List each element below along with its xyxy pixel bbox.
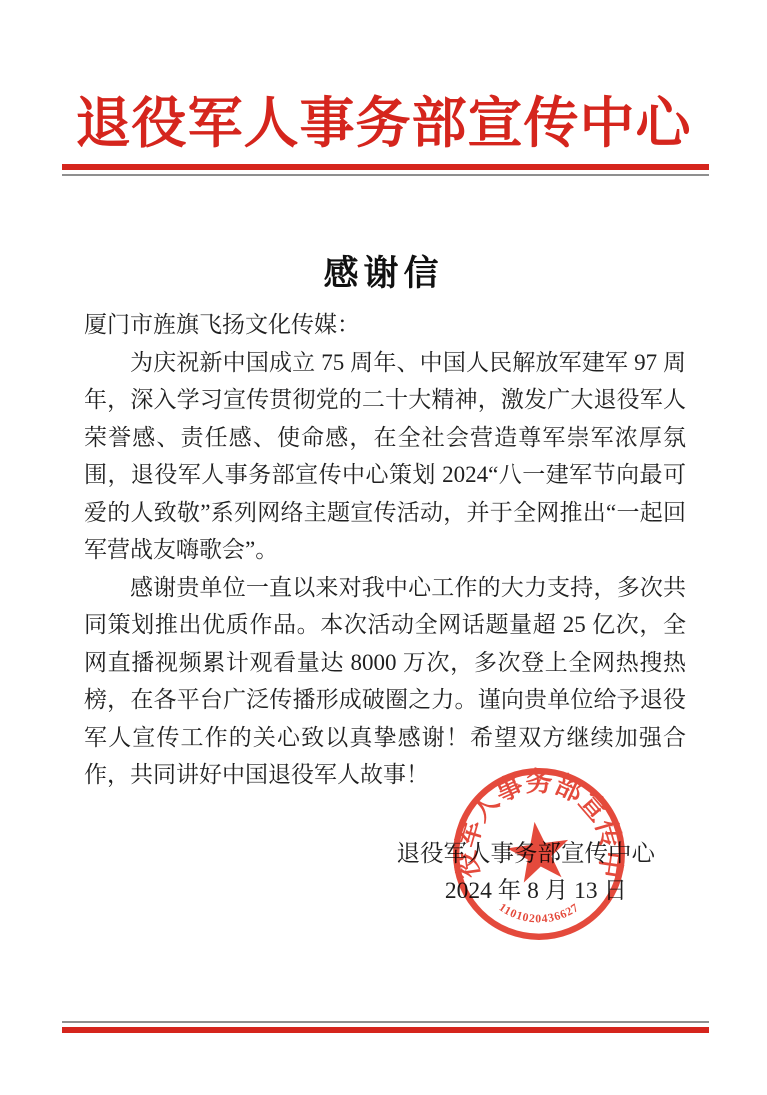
letterhead-org-title: 退役军人事务部宣传中心 — [0, 88, 767, 160]
letter-title: 感谢信 — [0, 246, 767, 296]
footer-rule-red — [62, 1027, 709, 1033]
body-paragraph-2: 感谢贵单位一直以来对我中心工作的大力支持，多次共同策划推出优质作品。本次活动全网… — [84, 569, 686, 794]
header-rule-red — [62, 164, 709, 170]
header-rule-gray — [62, 174, 709, 176]
letter-body: 厦门市旌旗飞扬文化传媒： 为庆祝新中国成立 75 周年、中国人民解放军建军 97… — [84, 306, 686, 794]
footer-rule-gray — [62, 1021, 709, 1023]
thank-you-letter-page: 退役军人事务部宣传中心 感谢信 厦门市旌旗飞扬文化传媒： 为庆祝新中国成立 75… — [0, 0, 767, 1095]
body-paragraph-1: 为庆祝新中国成立 75 周年、中国人民解放军建军 97 周年，深入学习宣传贯彻党… — [84, 344, 686, 569]
recipient-line: 厦门市旌旗飞扬文化传媒： — [84, 306, 686, 344]
signature-date-line: 2024 年 8 月 13 日 — [445, 871, 627, 905]
signature-org-line: 退役军人事务部宣传中心 — [397, 834, 656, 868]
